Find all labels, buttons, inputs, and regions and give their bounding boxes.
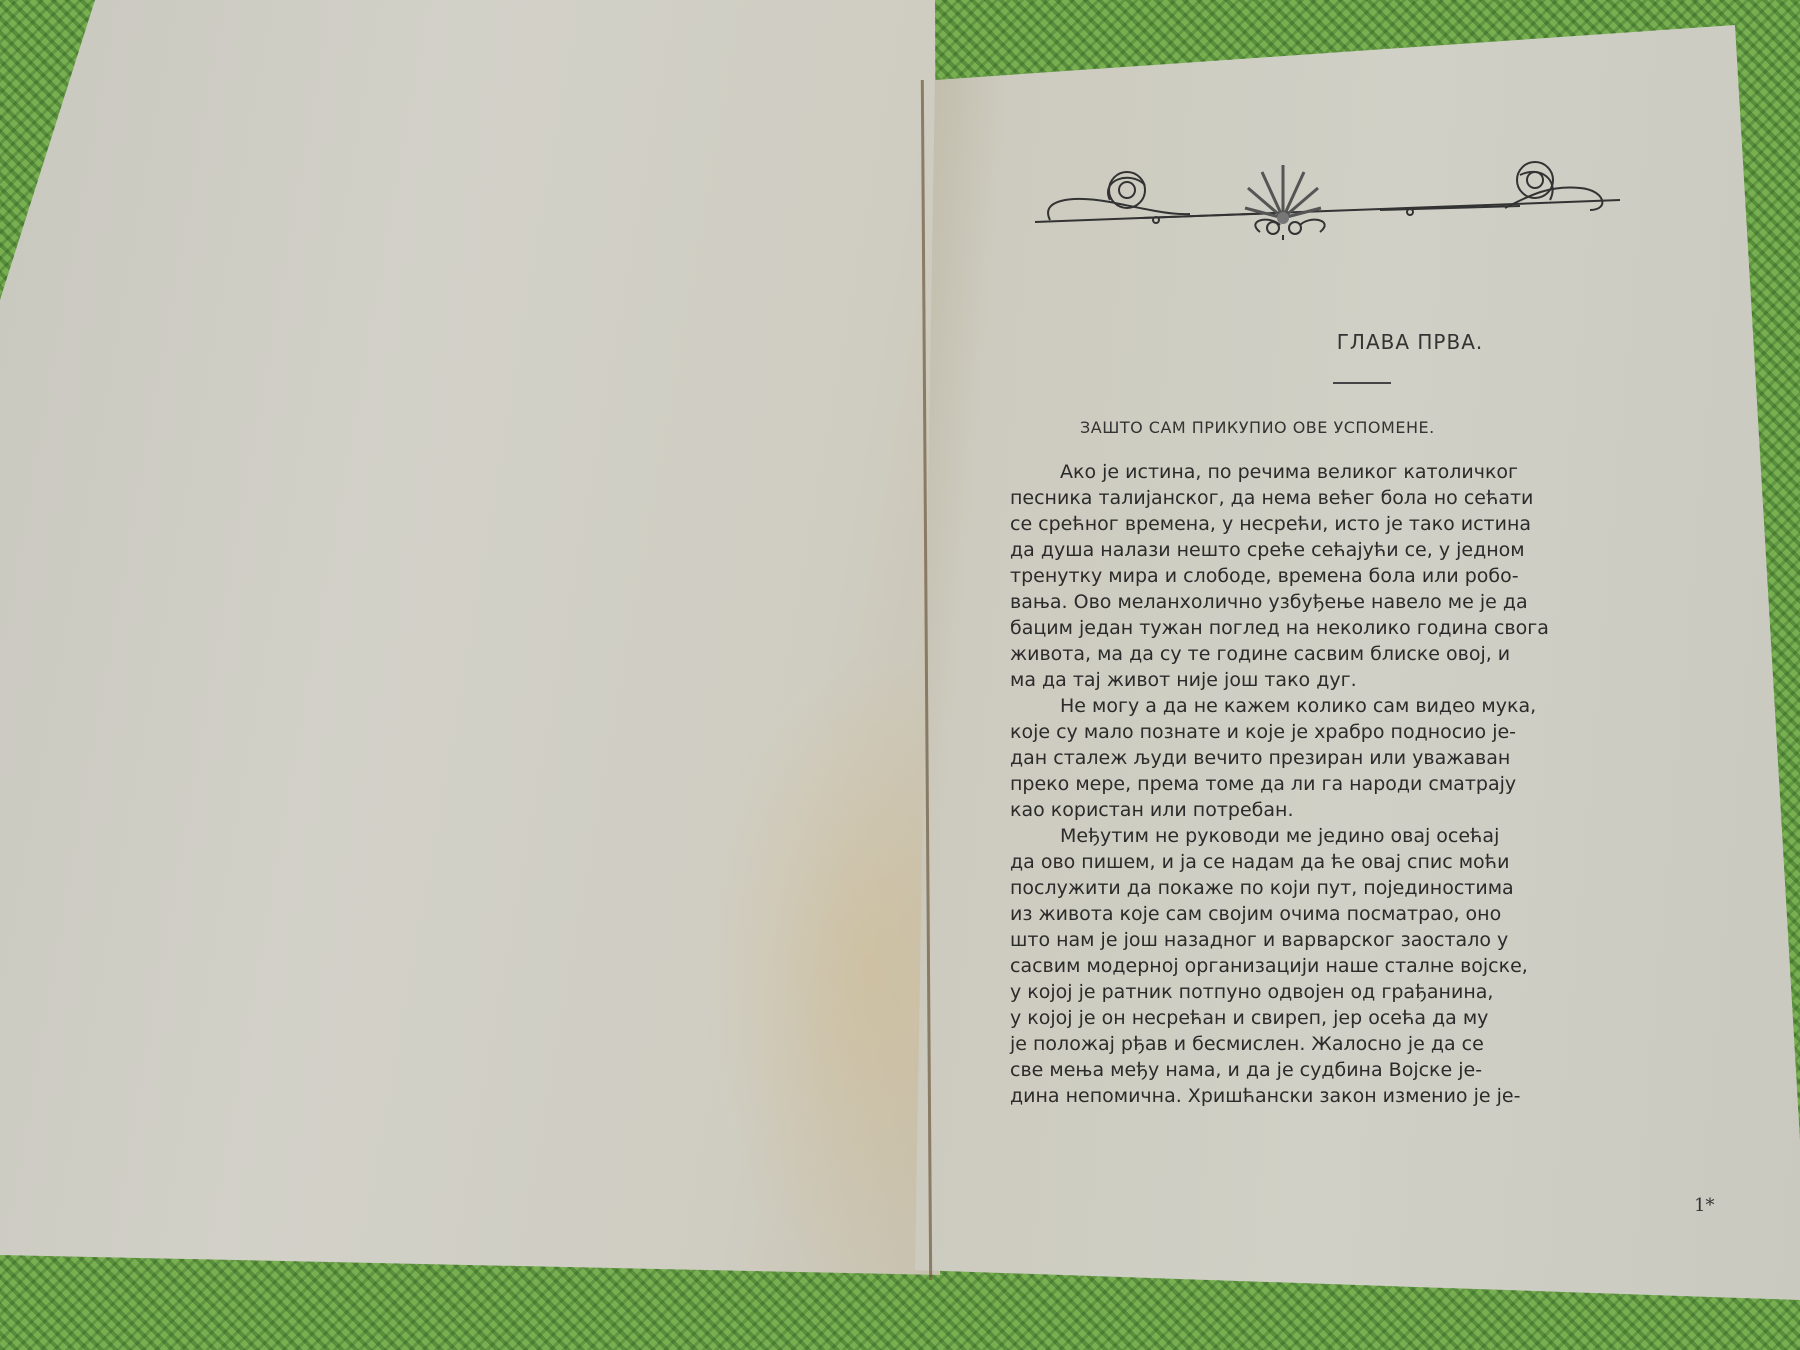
text-line: као користан или потребан. bbox=[1010, 797, 1750, 823]
text-line: песника талијанског, да нема већег бола … bbox=[1010, 485, 1750, 511]
text-line: Међутим не руководи ме једино овај осећа… bbox=[1010, 823, 1750, 849]
text-line: сасвим модерној организацији наше сталне… bbox=[1010, 953, 1750, 979]
text-line: је положај рђав и бесмислен. Жалосно је … bbox=[1010, 1031, 1750, 1057]
body-text: Ако је истина, по речима великог католич… bbox=[1010, 459, 1750, 1109]
text-line: ма да тај живот није још тако дуг. bbox=[1010, 667, 1750, 693]
text-line: живота, ма да су те године сасвим блиске… bbox=[1010, 641, 1750, 667]
text-line: у којој је он несрећан и свиреп, јер осе… bbox=[1010, 1005, 1750, 1031]
text-line: из живота које сам својим очима посматра… bbox=[1010, 901, 1750, 927]
open-book: ГЛАВА ПРВА. ЗАШТО САМ ПРИКУПИО ОВЕ УСПОМ… bbox=[0, 0, 1800, 1350]
text-line: да ово пишем, и ја се надам да ће овај с… bbox=[1010, 849, 1750, 875]
text-line: што нам је још назадног и варварског зао… bbox=[1010, 927, 1750, 953]
text-line: да душа налази нешто среће сећајући се, … bbox=[1010, 537, 1750, 563]
text-line: послужити да покаже по који пут, поједин… bbox=[1010, 875, 1750, 901]
text-line: које су мало познате и које је храбро по… bbox=[1010, 719, 1750, 745]
chapter-title: ГЛАВА ПРВА. bbox=[1070, 330, 1750, 354]
text-line: се срећног времена, у несрећи, исто је т… bbox=[1010, 511, 1750, 537]
text-line: бацим један тужан поглед на неколико год… bbox=[1010, 615, 1750, 641]
paper-stain bbox=[700, 650, 940, 1290]
text-line: тренутку мира и слободе, времена бола ил… bbox=[1010, 563, 1750, 589]
text-line: вања. Ово меланхолично узбуђење навело м… bbox=[1010, 589, 1750, 615]
text-line: дан сталеж људи вечито презиран или уваж… bbox=[1010, 745, 1750, 771]
text-line: дина непомична. Хришћански закон изменио… bbox=[1010, 1083, 1750, 1109]
decorative-headpiece-icon bbox=[1030, 140, 1630, 240]
chapter-subtitle: ЗАШТО САМ ПРИКУПИО ОВЕ УСПОМЕНЕ. bbox=[1080, 418, 1750, 437]
chapter-content: ГЛАВА ПРВА. ЗАШТО САМ ПРИКУПИО ОВЕ УСПОМ… bbox=[1010, 330, 1750, 1109]
title-rule bbox=[1333, 382, 1391, 384]
text-line: Не могу а да не кажем колико сам видео м… bbox=[1010, 693, 1750, 719]
text-line: преко мере, према томе да ли га народи с… bbox=[1010, 771, 1750, 797]
text-line: Ако је истина, по речима великог католич… bbox=[1010, 459, 1750, 485]
page-number: 1* bbox=[1694, 1195, 1714, 1216]
text-line: у којој је ратник потпуно одвојен од гра… bbox=[1010, 979, 1750, 1005]
text-line: све мења међу нама, и да је судбина Војс… bbox=[1010, 1057, 1750, 1083]
left-page-blank bbox=[0, 0, 940, 1300]
